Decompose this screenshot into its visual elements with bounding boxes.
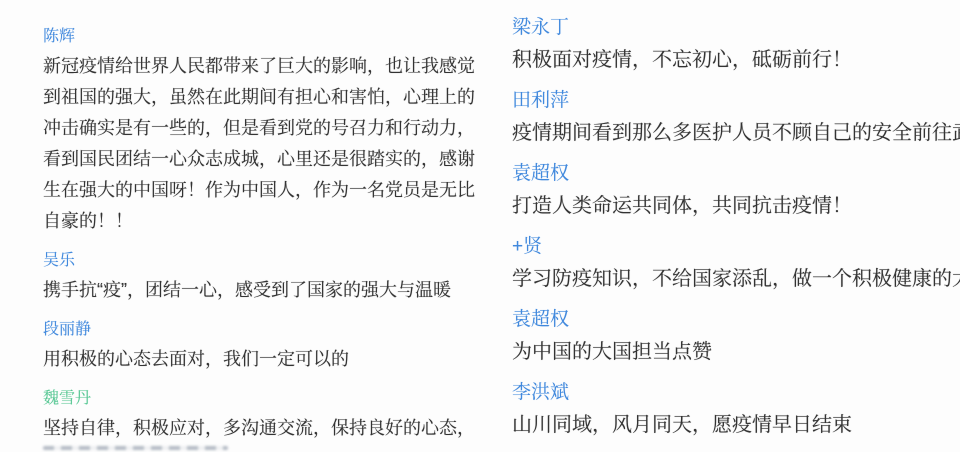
comment-text: 山川同域，风月同天，愿疫情早日结束 (512, 410, 960, 440)
comment-entry: 田利萍 疫情期间看到那么多医护人员不顾自己的安全前往武 (512, 88, 960, 148)
comment-entry: 段丽静 用积极的心态去面对，我们一定可以的 (43, 319, 479, 375)
commenter-name[interactable]: +贤 (512, 234, 960, 260)
comment-entry: 李洪斌 山川同域，风月同天，愿疫情早日结束 (512, 380, 960, 440)
comment-entry: 袁超权 打造人类命运共同体，共同抗击疫情！ (512, 161, 960, 221)
comment-text: 疫情期间看到那么多医护人员不顾自己的安全前往武 (512, 118, 960, 148)
commenter-name[interactable]: 梁永丁 (512, 15, 960, 41)
commenter-name[interactable]: 魏雪丹 (43, 388, 479, 410)
comment-text: 用积极的心态去面对，我们一定可以的 (43, 344, 477, 375)
commenter-name[interactable]: 袁超权 (512, 161, 960, 187)
comment-entry: 吴乐 携手抗“疫”，团结一心，感受到了国家的强大与温暖 (43, 250, 479, 306)
commenter-name[interactable]: 段丽静 (43, 319, 479, 341)
comment-text: 积极面对疫情，不忘初心，砥砺前行！ (512, 45, 960, 75)
clipped-text-fragment (43, 446, 228, 450)
comments-column-left: 陈辉 新冠疫情给世界人民都带来了巨大的影响，也让我感觉到祖国的强大，虽然在此期间… (43, 26, 479, 452)
comment-text: 坚持自律，积极应对，多沟通交流，保持良好的心态， (43, 413, 477, 444)
commenter-name[interactable]: 李洪斌 (512, 380, 960, 406)
comment-text: 打造人类命运共同体，共同抗击疫情！ (512, 191, 960, 221)
comment-entry: 陈辉 新冠疫情给世界人民都带来了巨大的影响，也让我感觉到祖国的强大，虽然在此期间… (43, 26, 479, 237)
comment-text: 学习防疫知识，不给国家添乱，做一个积极健康的大 (512, 264, 960, 294)
comment-text: 携手抗“疫”，团结一心，感受到了国家的强大与温暖 (43, 275, 477, 306)
comment-entry: 梁永丁 积极面对疫情，不忘初心，砥砺前行！ (512, 15, 960, 75)
comment-text: 新冠疫情给世界人民都带来了巨大的影响，也让我感觉到祖国的强大，虽然在此期间有担心… (43, 51, 477, 237)
comments-column-right: 梁永丁 积极面对疫情，不忘初心，砥砺前行！ 田利萍 疫情期间看到那么多医护人员不… (512, 15, 960, 452)
comments-screenshot: 陈辉 新冠疫情给世界人民都带来了巨大的影响，也让我感觉到祖国的强大，虽然在此期间… (0, 0, 960, 452)
commenter-name[interactable]: 吴乐 (43, 250, 479, 272)
commenter-name[interactable]: 田利萍 (512, 88, 960, 114)
comment-entry: 袁超权 为中国的大国担当点赞 (512, 307, 960, 367)
comment-entry: 魏雪丹 坚持自律，积极应对，多沟通交流，保持良好的心态， (43, 388, 479, 444)
commenter-name[interactable]: 陈辉 (43, 26, 479, 48)
comment-text: 为中国的大国担当点赞 (512, 337, 960, 367)
commenter-name[interactable]: 袁超权 (512, 307, 960, 333)
comment-entry: +贤 学习防疫知识，不给国家添乱，做一个积极健康的大 (512, 234, 960, 294)
